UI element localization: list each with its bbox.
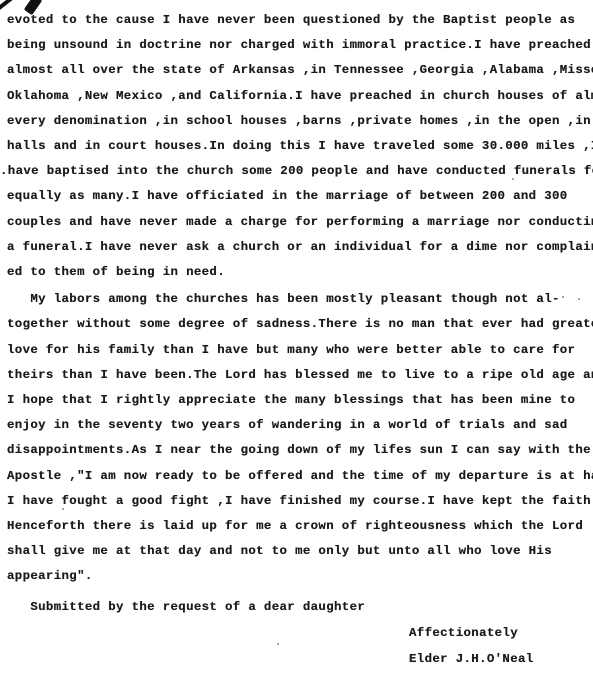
ink-speck bbox=[62, 508, 64, 510]
signature: Elder J.H.O'Neal bbox=[409, 652, 534, 666]
text-line: a funeral.I have never ask a church or a… bbox=[7, 240, 593, 254]
text-line: couples and have never made a charge for… bbox=[7, 215, 593, 229]
text-line: appearing". bbox=[7, 569, 93, 583]
ink-speck bbox=[578, 298, 580, 300]
text-line: enjoy in the seventy two years of wander… bbox=[7, 418, 568, 432]
text-line: shall give me at that day and not to me … bbox=[7, 544, 552, 558]
text-line: disappointments.As I near the going down… bbox=[7, 443, 591, 457]
text-line: being unsound in doctrine nor charged wi… bbox=[7, 38, 591, 52]
text-line: almost all over the state of Arkansas ,i… bbox=[7, 63, 593, 77]
text-line: halls and in court houses.In doing this … bbox=[7, 139, 593, 153]
text-line: ed to them of being in need. bbox=[7, 265, 225, 279]
ink-speck bbox=[512, 178, 514, 180]
text-line: every denomination ,in school houses ,ba… bbox=[7, 114, 593, 128]
text-line: Henceforth there is laid up for me a cro… bbox=[7, 519, 583, 533]
text-line: I have fought a good fight ,I have finis… bbox=[7, 494, 593, 508]
typewritten-letter-page: evoted to the cause I have never been qu… bbox=[0, 0, 593, 678]
ink-speck bbox=[277, 643, 279, 645]
text-line: theirs than I have been.The Lord has ble… bbox=[7, 368, 593, 382]
closing: Affectionately bbox=[409, 626, 518, 640]
text-line: .have baptised into the church some 200 … bbox=[0, 164, 593, 178]
text-line: I hope that I rightly appreciate the man… bbox=[7, 393, 575, 407]
submitted-note: Submitted by the request of a dear daugh… bbox=[7, 600, 365, 614]
text-line: love for his family than I have but many… bbox=[7, 343, 575, 357]
ink-speck bbox=[562, 296, 564, 298]
text-line: My labors among the churches has been mo… bbox=[7, 292, 560, 306]
text-line: equally as many.I have officiated in the… bbox=[7, 189, 568, 203]
text-line: Apostle ,"I am now ready to be offered a… bbox=[7, 469, 593, 483]
text-line: together without some degree of sadness.… bbox=[7, 317, 593, 331]
text-line: evoted to the cause I have never been qu… bbox=[7, 13, 575, 27]
text-line: Oklahoma ,New Mexico ,and California.I h… bbox=[7, 89, 593, 103]
